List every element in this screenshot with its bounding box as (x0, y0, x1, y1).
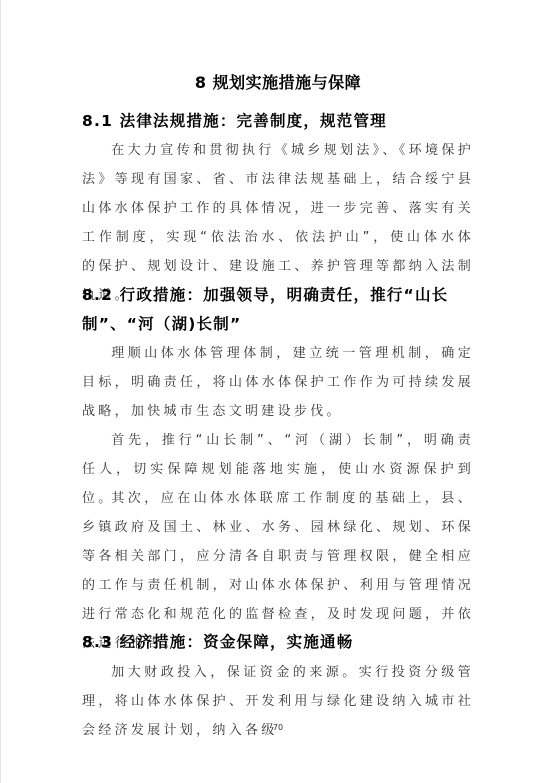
paragraph-admin-system: 理顺山体水体管理体制，建立统一管理机制，确定目标，明确责任，将山体水体保护工作作… (82, 339, 474, 426)
section-heading-8-1: 8.1 法律法规措施：完善制度，规范管理 (82, 107, 474, 136)
section-heading-8-2: 8.2 行政措施：加强领导，明确责任，推行“山长制”、“河（湖)长制” (82, 281, 474, 339)
chapter-title: 8 规划实施措施与保障 (1, 70, 554, 93)
page-number: 70 (1, 723, 554, 732)
document-page: 8 规划实施措施与保障 8.1 法律法规措施：完善制度，规范管理 在大力宣传和贯… (0, 0, 554, 783)
section-heading-8-3: 8.3 经济措施：资金保障，实施通畅 (82, 628, 474, 657)
